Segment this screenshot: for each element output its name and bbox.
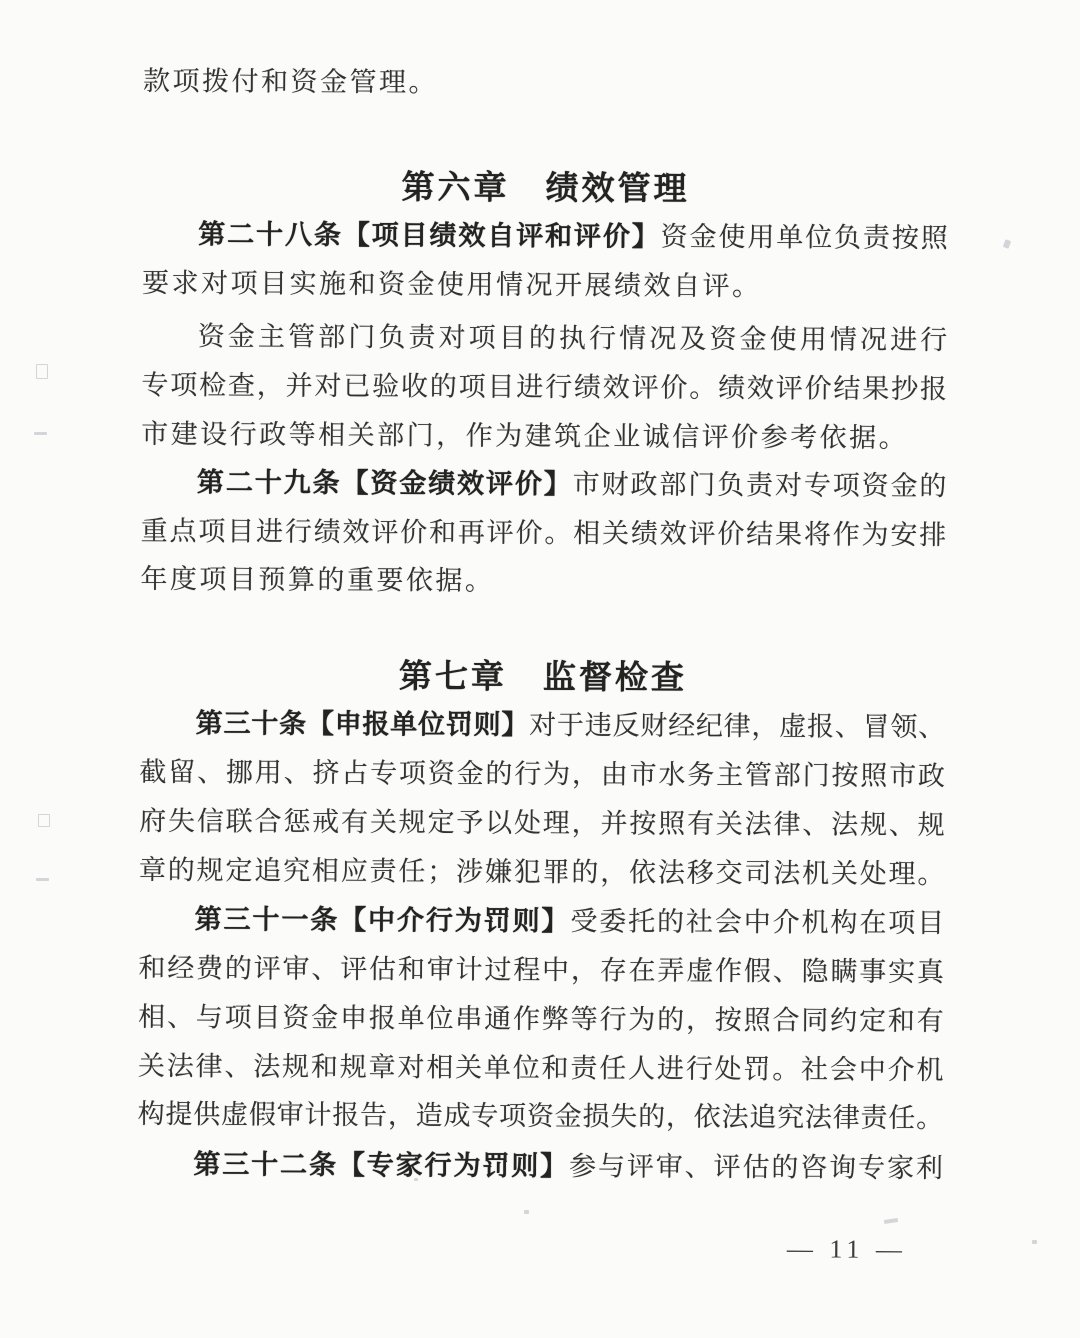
body-line: 重点项目进行绩效评价和再评价。相关绩效评价结果将作为安排 <box>141 512 947 554</box>
body-line: 截留、挪用、挤占专项资金的行为，由市水务主管部门按照市政 <box>139 753 945 795</box>
article-31-title: 第三十一条【中介行为罚则】 <box>195 904 571 936</box>
article-30-text: 对于违反财经纪律，虚报、冒领、 <box>529 710 946 742</box>
article-29-text: 市财政部门负责对专项资金的 <box>573 469 947 501</box>
body-line: 要求对项目实施和资金使用情况开展绩效自评。 <box>142 264 948 306</box>
article-29-line: 第二十九条【资金绩效评价】市财政部门负责对专项资金的 <box>141 463 947 505</box>
article-31-text: 受委托的社会中介机构在项目 <box>570 906 944 938</box>
article-30-title: 第三十条【申报单位罚则】 <box>196 708 530 740</box>
body-line: 府失信联合惩戒有关规定予以处理，并按照有关法律、法规、规 <box>139 802 945 844</box>
scan-artifact <box>414 1178 418 1181</box>
scan-artifact <box>1032 1240 1037 1244</box>
article-30-line: 第三十条【申报单位罚则】对于违反财经纪律，虚报、冒领、 <box>140 704 946 746</box>
document-text-block: 款项拨付和资金管理。 第六章 绩效管理 第二十八条【项目绩效自评和评价】资金使用… <box>0 0 1080 1338</box>
chapter-heading-7: 第七章 监督检查 <box>140 654 946 700</box>
article-29-title: 第二十九条【资金绩效评价】 <box>197 467 573 499</box>
article-32-text: 参与评审、评估的咨询专家利 <box>569 1151 943 1183</box>
body-line: 市建设行政等相关部门，作为建筑企业诚信评价参考依据。 <box>141 415 947 457</box>
body-line: 章的规定追究相应责任；涉嫌犯罪的，依法移交司法机关处理。 <box>139 851 945 893</box>
scanned-document-page: 款项拨付和资金管理。 第六章 绩效管理 第二十八条【项目绩效自评和评价】资金使用… <box>0 0 1080 1338</box>
body-line: 款项拨付和资金管理。 <box>143 62 949 104</box>
body-line: 年度项目预算的重要依据。 <box>140 560 946 602</box>
article-28-line: 第二十八条【项目绩效自评和评价】资金使用单位负责按照 <box>142 215 948 257</box>
body-line: 相、与项目资金申报单位串通作弊等行为的，按照合同约定和有 <box>138 998 944 1040</box>
article-32-title: 第三十二条【专家行为罚则】 <box>193 1149 569 1181</box>
article-28-title: 第二十八条【项目绩效自评和评价】 <box>198 219 661 251</box>
body-line: 关法律、法规和规章对相关单位和责任人进行处罚。社会中介机 <box>138 1047 944 1089</box>
body-line: 和经费的评审、评估和审计过程中，存在弄虚作假、隐瞒事实真 <box>138 949 944 991</box>
scan-artifact <box>38 814 50 827</box>
scan-artifact <box>36 878 49 881</box>
scan-artifact <box>36 364 48 379</box>
scan-artifact <box>34 432 47 435</box>
body-line: 构提供虚假审计报告，造成专项资金损失的，依法追究法律责任。 <box>138 1095 944 1137</box>
article-31-line: 第三十一条【中介行为罚则】受委托的社会中介机构在项目 <box>139 900 945 942</box>
scan-artifact <box>524 1210 529 1214</box>
page-number: — 11 — <box>757 1234 937 1265</box>
body-line: 资金主管部门负责对项目的执行情况及资金使用情况进行 <box>142 317 948 359</box>
body-line: 专项检查，并对已验收的项目进行绩效评价。绩效评价结果抄报 <box>141 366 947 408</box>
article-32-line: 第三十二条【专家行为罚则】参与评审、评估的咨询专家利 <box>137 1145 943 1187</box>
chapter-heading-6: 第六章 绩效管理 <box>142 165 948 211</box>
article-28-text: 资金使用单位负责按照 <box>661 222 949 254</box>
